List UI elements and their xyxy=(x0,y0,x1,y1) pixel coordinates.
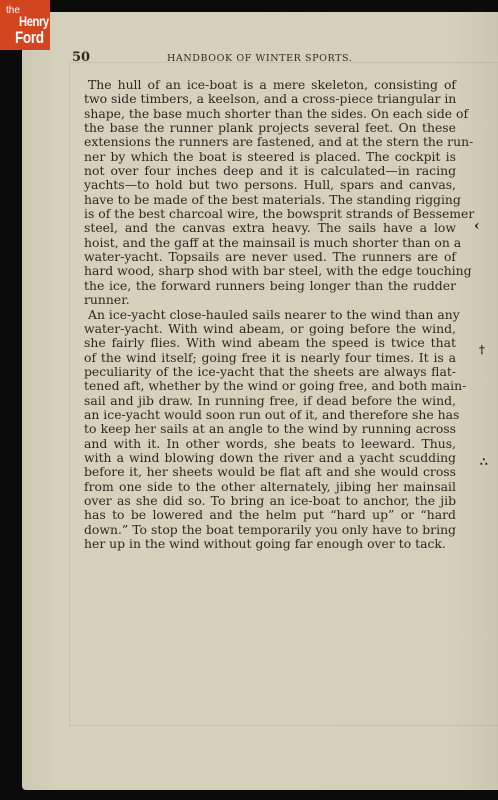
text-line: the ice, the forward runners being longe… xyxy=(84,279,456,293)
text-line: hard wood, sharp shod with bar steel, wi… xyxy=(84,264,456,278)
paragraph-2: An ice-yacht close-hauled sails nearer t… xyxy=(84,308,456,552)
text-line: water-yacht. With wind abeam, or going b… xyxy=(84,322,456,336)
text-line: An ice-yacht close-hauled sails nearer t… xyxy=(84,308,456,322)
text-line: The hull of an ice-boat is a mere skelet… xyxy=(84,78,456,92)
margin-mark-icon: ∴ xyxy=(480,455,488,469)
logo-text-henry: Henry xyxy=(19,14,49,28)
logo-text-the: the xyxy=(6,6,20,16)
text-line: tened aft, whether by the wind or going … xyxy=(84,379,456,393)
text-line: is of the best charcoal wire, the bowspr… xyxy=(84,207,456,221)
margin-mark-icon: ‹ xyxy=(474,218,480,234)
logo-text-ford: Ford xyxy=(15,29,44,46)
text-line: from one side to the other alternately, … xyxy=(84,480,456,494)
text-line: she fairly flies. With wind abeam the sp… xyxy=(84,336,456,350)
text-line: an ice-yacht would soon run out of it, a… xyxy=(84,408,456,422)
text-line: with a wind blowing down the river and a… xyxy=(84,451,456,465)
text-line: have to be made of the best materials. T… xyxy=(84,193,456,207)
text-line: sail and jib draw. In running free, if d… xyxy=(84,394,456,408)
text-line: has to be lowered and the helm put “hard… xyxy=(84,508,456,522)
text-line: to keep her sails at an angle to the win… xyxy=(84,422,456,436)
text-line: before it, her sheets would be flat aft … xyxy=(84,465,456,479)
text-line: not over four inches deep and it is calc… xyxy=(84,164,456,178)
page-header: 50 HANDBOOK OF WINTER SPORTS. xyxy=(72,50,472,66)
text-line: her up in the wind without going far eno… xyxy=(84,537,456,551)
body-text: The hull of an ice-boat is a mere skelet… xyxy=(84,78,456,551)
text-line: two side timbers, a keelson, and a cross… xyxy=(84,92,456,106)
page-number: 50 xyxy=(72,50,90,65)
text-line: steel, and the canvas extra heavy. The s… xyxy=(84,221,456,235)
text-line: shape, the base much shorter than the si… xyxy=(84,107,456,121)
text-line: of the wind itself; going free it is nea… xyxy=(84,351,456,365)
text-line: down.” To stop the boat temporarily you … xyxy=(84,523,456,537)
text-line: water-yacht. Topsails are never used. Th… xyxy=(84,250,456,264)
text-line: extensions the runners are fastened, and… xyxy=(84,135,456,149)
henry-ford-logo: the Henry Ford xyxy=(0,0,50,50)
text-line: runner. xyxy=(84,293,456,307)
text-line: peculiarity of the ice-yacht that the sh… xyxy=(84,365,456,379)
text-line: over as she did so. To bring an ice-boat… xyxy=(84,494,456,508)
text-line: hoist, and the gaff at the mainsail is m… xyxy=(84,236,456,250)
text-line: and with it. In other words, she beats t… xyxy=(84,437,456,451)
text-line: ner by which the boat is steered is plac… xyxy=(84,150,456,164)
running-head: HANDBOOK OF WINTER SPORTS. xyxy=(167,53,352,64)
text-line: yachts—to hold but two persons. Hull, sp… xyxy=(84,178,456,192)
paragraph-1: The hull of an ice-boat is a mere skelet… xyxy=(84,78,456,308)
text-line: the base the runner plank projects sever… xyxy=(84,121,456,135)
margin-mark-icon: † xyxy=(479,343,485,356)
